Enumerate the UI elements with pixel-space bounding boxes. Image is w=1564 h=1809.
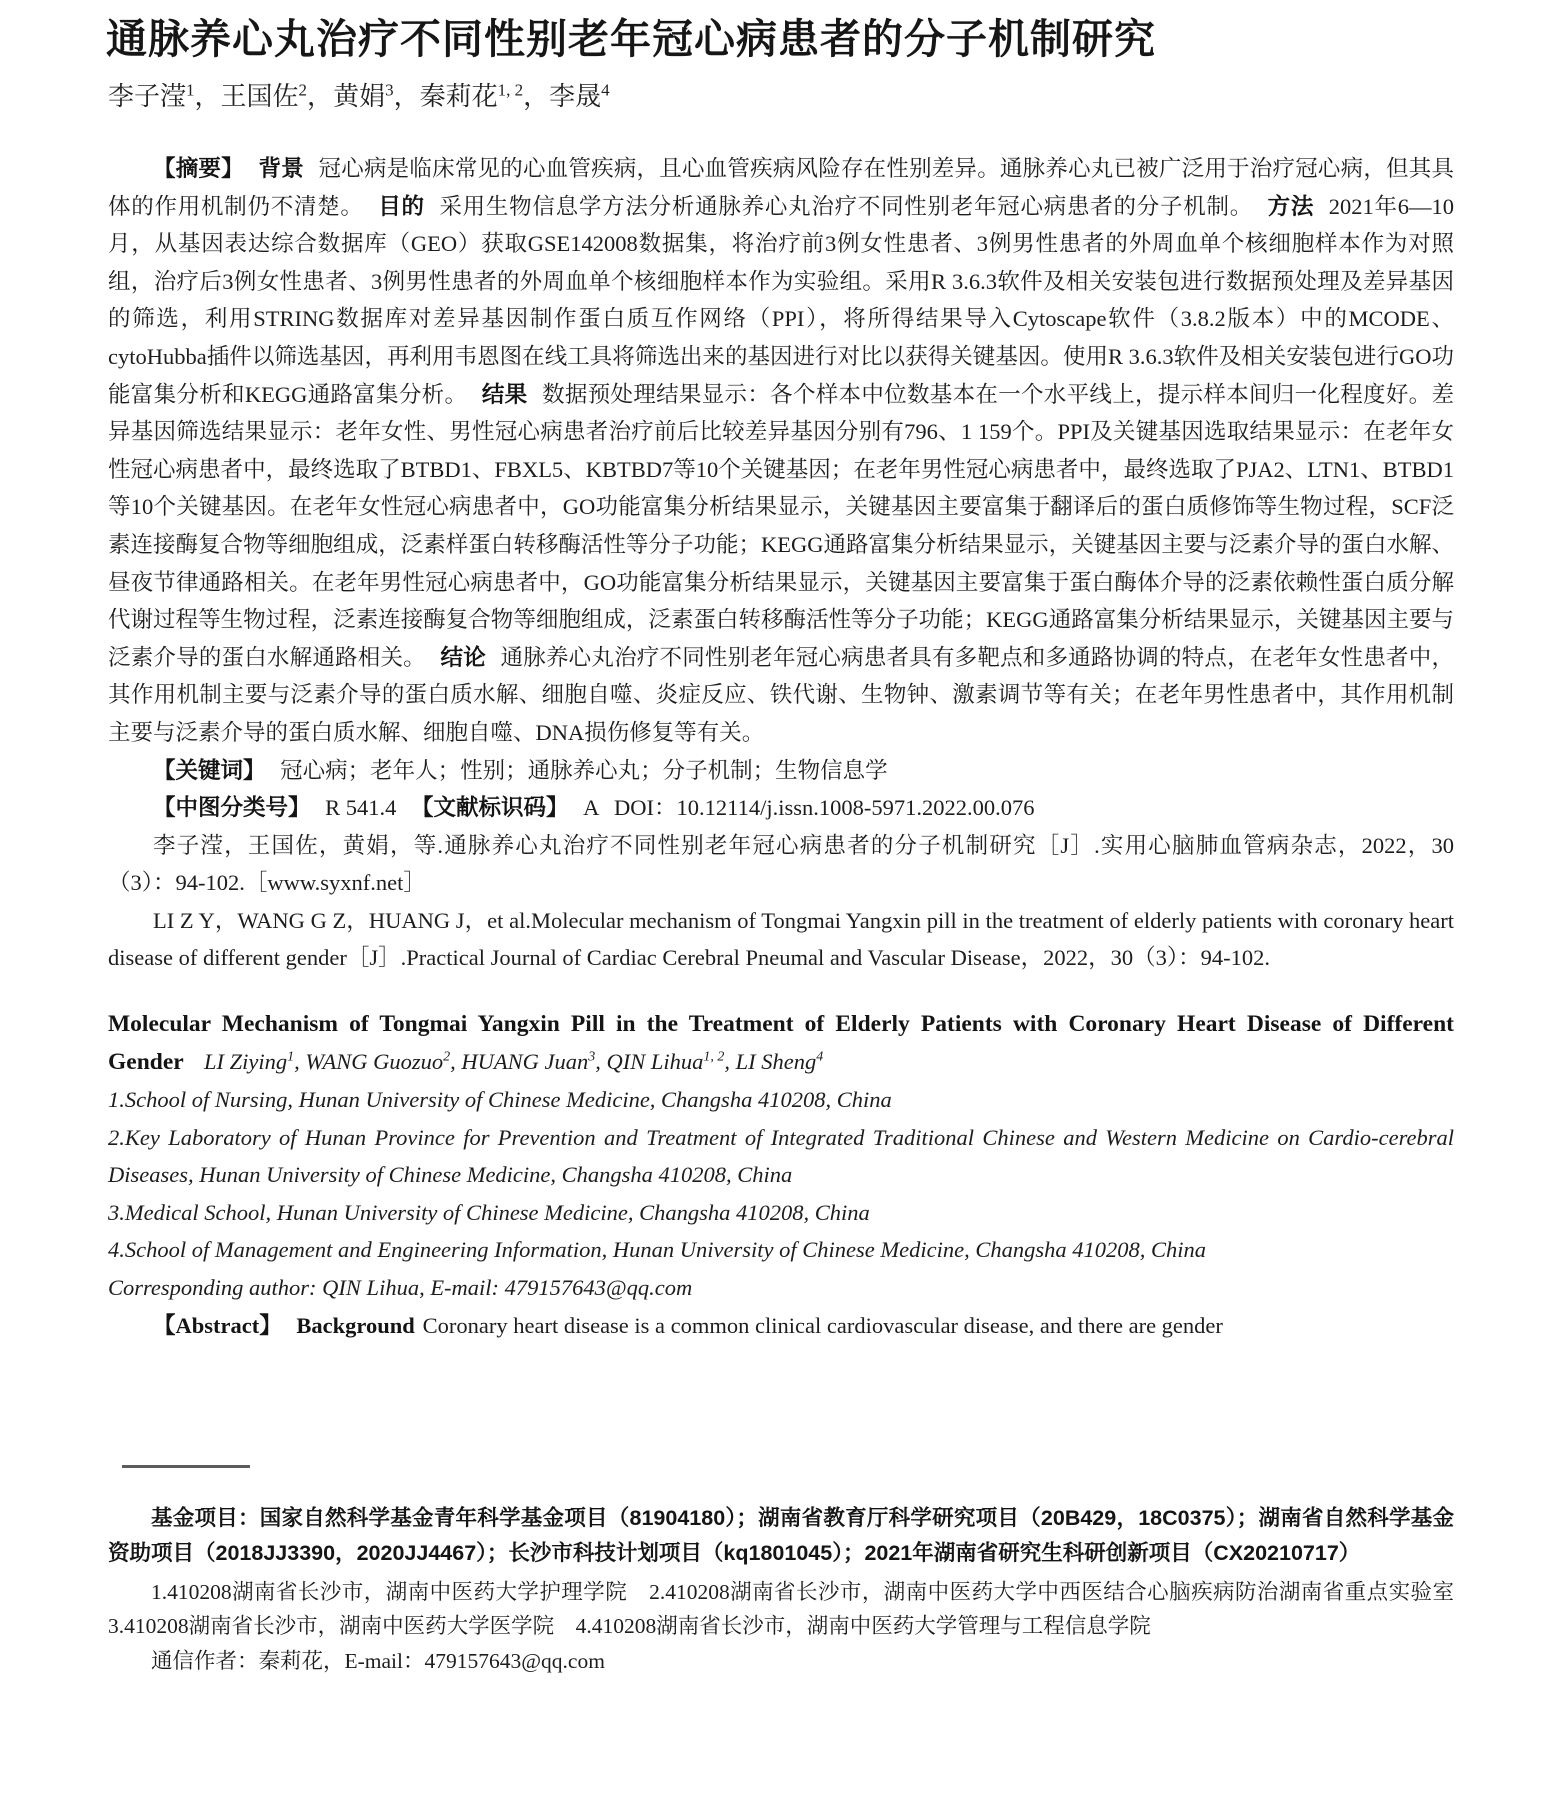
author-affil-sup: 3 [385, 80, 394, 99]
author-affil-sup: 4 [816, 1050, 823, 1065]
background-en-text: Coronary heart disease is a common clini… [423, 1313, 1223, 1338]
english-title-authors: Molecular Mechanism of Tongmai Yangxin P… [108, 1005, 1454, 1081]
keywords-label: 【关键词】 [153, 758, 266, 783]
conclusion-label: 结论 [441, 645, 486, 670]
doc-code-value: A [583, 795, 599, 820]
abstract-en-label: 【Abstract】 [153, 1313, 282, 1338]
author-affil-sup: 1, 2 [703, 1050, 724, 1065]
affiliation-en-3: 3.Medical School, Hunan University of Ch… [108, 1194, 1454, 1232]
author-cn: 秦莉花1, 2， [420, 82, 550, 111]
method-label: 方法 [1268, 194, 1315, 219]
clc-value: R 541.4 [325, 795, 396, 820]
author-cn: 黄娟3， [333, 82, 420, 111]
keywords-text: 冠心病；老年人；性别；通脉养心丸；分子机制；生物信息学 [280, 758, 888, 783]
affiliation-en-1: 1.School of Nursing, Hunan University of… [108, 1081, 1454, 1119]
clc-label: 【中图分类号】 [153, 795, 311, 820]
keywords-cn: 【关键词】冠心病；老年人；性别；通脉养心丸；分子机制；生物信息学 [108, 752, 1454, 790]
article-title-cn: 通脉养心丸治疗不同性别老年冠心病患者的分子机制研究 [106, 6, 1156, 65]
english-section: Molecular Mechanism of Tongmai Yangxin P… [108, 1005, 1454, 1344]
author-affil-sup: 1 [186, 80, 195, 99]
abstract-en: 【Abstract】BackgroundCoronary heart disea… [108, 1307, 1454, 1345]
corresponding-author-cn-note: 通信作者：秦莉花，E-mail：479157643@qq.com [108, 1644, 1454, 1679]
citation-cn: 李子滢，王国佐，黄娟，等.通脉养心丸治疗不同性别老年冠心病患者的分子机制研究［J… [108, 827, 1454, 902]
funding-note: 基金项目：国家自然科学基金青年科学基金项目（81904180）；湖南省教育厅科学… [108, 1501, 1454, 1571]
background-en-label: Background [296, 1313, 414, 1338]
author-cn: 李子滢1， [108, 82, 221, 111]
classification-line: 【中图分类号】R 541.4【文献标识码】ADOI：10.12114/j.iss… [108, 789, 1454, 827]
abstract-label: 【摘要】 [153, 156, 244, 181]
author-affil-sup: 2 [299, 80, 308, 99]
objective-text: 采用生物信息学方法分析通脉养心丸治疗不同性别老年冠心病患者的分子机制。 [439, 194, 1253, 219]
footnote-separator [122, 1465, 250, 1468]
corresponding-author-en: Corresponding author: QIN Lihua, E-mail:… [108, 1269, 1454, 1307]
doi-value: 10.12114/j.issn.1008-5971.2022.00.076 [677, 795, 1035, 820]
authors-cn: 李子滢1，王国佐2，黄娟3，秦莉花1, 2，李晟4 [108, 76, 610, 113]
objective-label: 目的 [378, 194, 425, 219]
author-affil-sup: 1, 2 [498, 80, 524, 99]
affiliation-en-4: 4.School of Management and Engineering I… [108, 1231, 1454, 1269]
doi-label: DOI： [614, 795, 677, 820]
abstract-cn: 【摘要】背景冠心病是临床常见的心血管疾病，且心血管疾病风险存在性别差异。通脉养心… [108, 150, 1454, 752]
doc-code-label: 【文献标识码】 [411, 795, 569, 820]
result-text: 数据预处理结果显示：各个样本中位数基本在一个水平线上，提示样本间归一化程度好。差… [108, 382, 1454, 670]
authors-en: LI Ziying1, WANG Guozuo2, HUANG Juan3, Q… [204, 1049, 823, 1074]
author-cn: 王国佐2， [221, 82, 334, 111]
journal-article-page: 通脉养心丸治疗不同性别老年冠心病患者的分子机制研究 李子滢1，王国佐2，黄娟3，… [0, 0, 1564, 1809]
article-body: 【摘要】背景冠心病是临床常见的心血管疾病，且心血管疾病风险存在性别差异。通脉养心… [108, 150, 1454, 1344]
result-label: 结果 [482, 382, 528, 407]
method-text: 2021年6—10月，从基因表达综合数据库（GEO）获取GSE142008数据集… [108, 194, 1454, 407]
affiliation-en-2: 2.Key Laboratory of Hunan Province for P… [108, 1119, 1454, 1194]
citation-en: LI Z Y，WANG G Z，HUANG J，et al.Molecular … [108, 902, 1454, 977]
background-label: 背景 [258, 156, 303, 181]
author-cn: 李晟4 [549, 82, 610, 111]
author-affil-sup: 4 [601, 80, 610, 99]
footnote-section: 基金项目：国家自然科学基金青年科学基金项目（81904180）；湖南省教育厅科学… [108, 1501, 1454, 1679]
affiliations-cn-note: 1.410208湖南省长沙市，湖南中医药大学护理学院 2.410208湖南省长沙… [108, 1575, 1454, 1645]
